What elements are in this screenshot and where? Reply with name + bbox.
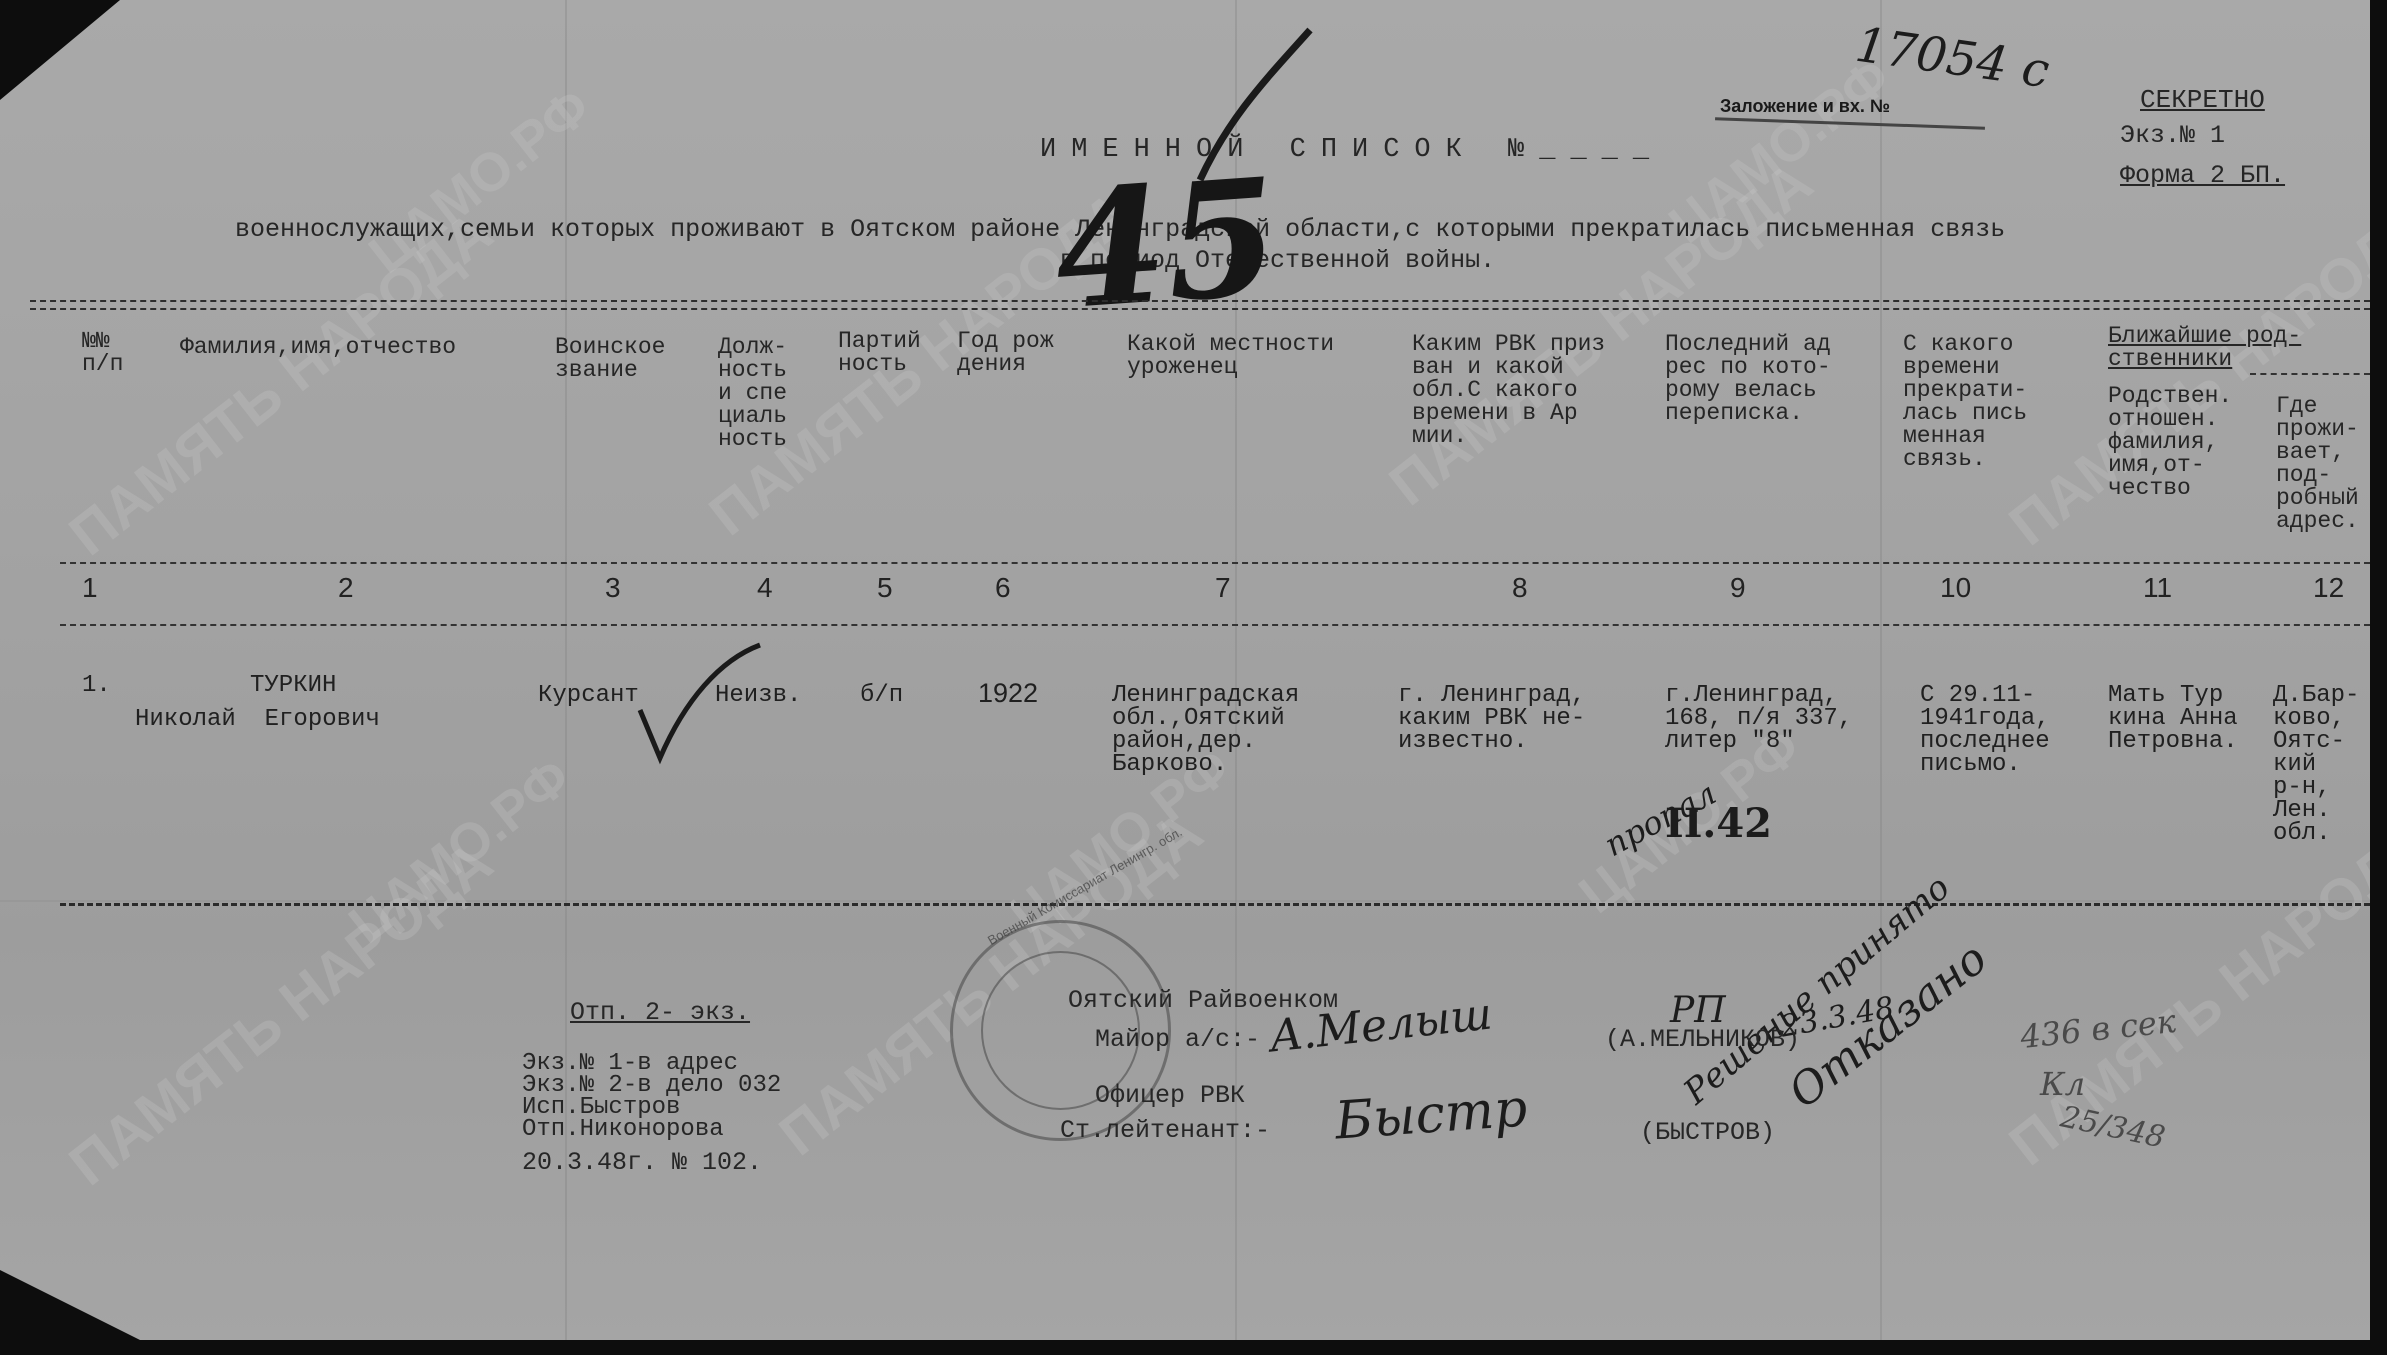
- watermark: ПАМЯТЬ НАРОДА: [2000, 812, 2387, 1175]
- group-underline: [2250, 373, 2370, 375]
- pen-stroke-icon: [1100, 25, 1320, 185]
- column-number: 4: [757, 572, 773, 604]
- column-number: 12: [2313, 572, 2344, 604]
- party: б/п: [860, 684, 903, 707]
- column-number: 5: [877, 572, 893, 604]
- header-lost-contact: С какого времени прекрати- лась пись мен…: [1903, 333, 2027, 471]
- table-bottom-rule: [60, 903, 2370, 906]
- lost-contact-date: С 29.11- 1941года, последнее письмо.: [1920, 684, 2050, 776]
- birthplace: Ленинградская обл.,Оятский район,дер. Ба…: [1112, 684, 1299, 776]
- copies-line: Отп.Никонорова: [522, 1119, 724, 1141]
- classification-label: СЕКРЕТНО: [2140, 88, 2265, 113]
- column-number: 9: [1730, 572, 1746, 604]
- column-number: 2: [338, 572, 354, 604]
- table-top-rule: [30, 300, 2370, 310]
- header-relative-address: Где прожи- вает, под- робный адрес.: [2276, 395, 2359, 533]
- column-number: 3: [605, 572, 621, 604]
- header-relative: Родствен. отношен. фамилия, имя,от- чест…: [2108, 385, 2232, 500]
- scan-border: [2370, 0, 2387, 1355]
- last-address: г.Ленинград, 168, п/я 337, литер "8": [1665, 684, 1852, 753]
- header-last-address: Последний ад рес по кото- рому велась пе…: [1665, 333, 1831, 425]
- watermark: ПАМЯТЬ НАРОДА: [60, 202, 502, 565]
- check-mark-icon: [630, 640, 770, 770]
- number-row-bottom-rule: [60, 624, 2370, 626]
- column-number: 11: [2143, 572, 2172, 604]
- major-label: Майор а/с:-: [1095, 1027, 1260, 1052]
- header-position: Долж- ность и спе циаль ность: [718, 336, 787, 451]
- lieutenant-signature: Быстр: [1333, 1078, 1529, 1151]
- header-birth-year: Год рож дения: [957, 330, 1054, 376]
- outgoing-reference: 20.3.48г. № 102.: [522, 1150, 762, 1175]
- relative-address: Д.Бар- ково, Оятс- кий р-н, Лен. обл.: [2273, 684, 2359, 845]
- header-relatives-group: Ближайшие род- ственники: [2108, 325, 2301, 371]
- header-full-name: Фамилия,имя,отчество: [180, 336, 456, 359]
- number-row-top-rule: [60, 562, 2370, 564]
- handwritten-missing-date: II.42: [1665, 800, 1772, 847]
- header-rank: Воинское звание: [555, 336, 665, 382]
- scan-border: [0, 1340, 2387, 1355]
- officer-label: Офицер РВК: [1095, 1083, 1245, 1108]
- lieutenant-name: (БЫСТРОВ): [1640, 1120, 1775, 1145]
- header-number: №№ п/п: [82, 330, 123, 376]
- column-number: 8: [1512, 572, 1528, 604]
- column-number: 7: [1215, 572, 1231, 604]
- row-number: 1.: [82, 674, 111, 697]
- watermark: ПАМЯТЬ НАРОДА: [60, 832, 502, 1195]
- given-names: Николай Егорович: [135, 708, 380, 731]
- form-number: Форма 2 БП.: [2120, 163, 2285, 188]
- column-number: 10: [1940, 572, 1971, 604]
- header-drafted-by: Каким РВК приз ван и какой обл.С какого …: [1412, 333, 1605, 448]
- copies-title: Отп. 2- экз.: [570, 1000, 750, 1025]
- header-birthplace: Какой местности уроженец: [1127, 333, 1334, 379]
- incoming-stamp-line: Заложение и вх. №: [1720, 96, 1890, 117]
- major-name: (А.МЕЛЬНИКОВ): [1605, 1027, 1800, 1052]
- birth-year: 1922: [978, 682, 1038, 705]
- relative-name: Мать Тур кина Анна Петровна.: [2108, 684, 2238, 753]
- rank: Курсант: [538, 684, 639, 707]
- lieutenant-label: Ст.лейтенант:-: [1060, 1118, 1270, 1143]
- handwritten-side-note: Кл: [2040, 1065, 2085, 1103]
- surname: ТУРКИН: [250, 674, 336, 697]
- column-number: 6: [995, 572, 1011, 604]
- paper-fold: [1880, 0, 1882, 1340]
- copy-number: Экз.№ 1: [2120, 123, 2225, 148]
- document-page: ЦАМО.РФ ЦАМО.РФ ЦАМО.РФ ЦАМО.РФ ЦАМО.РФ …: [0, 0, 2370, 1340]
- drafted-by: г. Ленинград, каким РВК не- известно.: [1398, 684, 1585, 753]
- header-party: Партий ность: [838, 330, 921, 376]
- column-number: 1: [82, 572, 98, 604]
